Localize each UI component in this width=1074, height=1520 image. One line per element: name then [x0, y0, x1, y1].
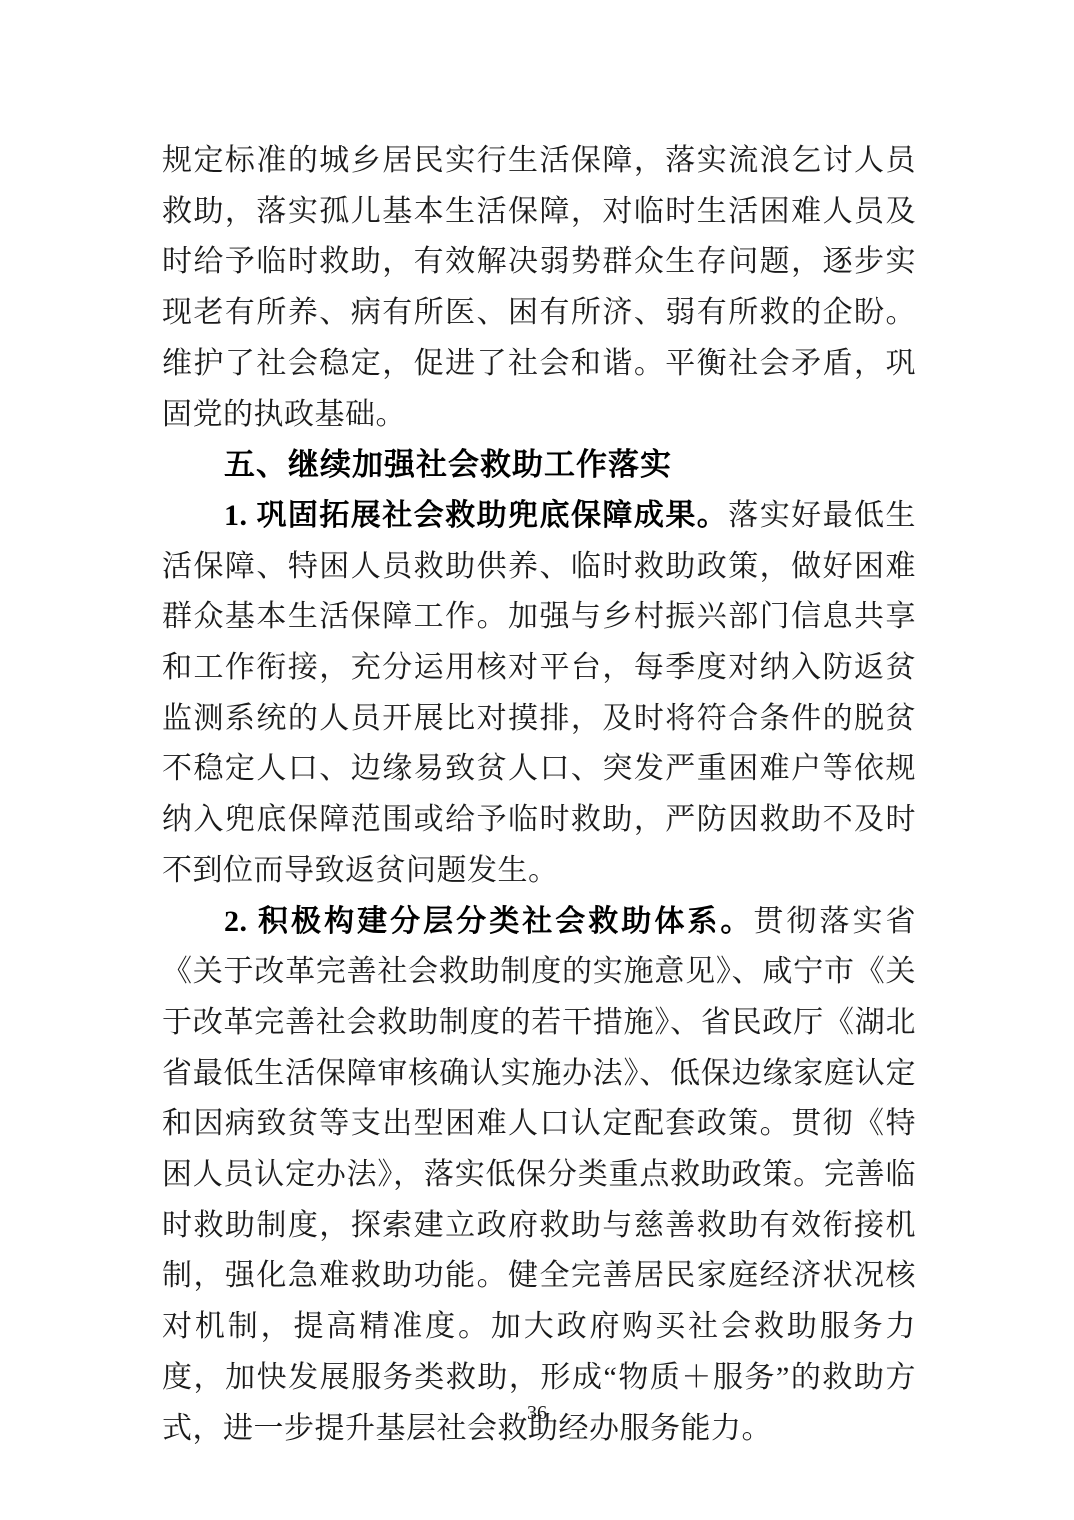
- numbered-item-2-body: 贯彻落实省《关于改革完善社会救助制度的实施意见》、咸宁市《关于改革完善社会救助制…: [162, 905, 916, 1445]
- numbered-item-1-body: 落实好最低生活保障、特困人员救助供养、临时救助政策，做好困难群众基本生活保障工作…: [162, 499, 916, 887]
- page-content: 规定标准的城乡居民实行生活保障，落实流浪乞讨人员救助，落实孤儿基本生活保障，对临…: [162, 136, 916, 1454]
- numbered-item-2: 2. 积极构建分层分类社会救助体系。贯彻落实省《关于改革完善社会救助制度的实施意…: [162, 897, 916, 1455]
- section-heading: 五、继续加强社会救助工作落实: [162, 440, 916, 491]
- numbered-item-1: 1. 巩固拓展社会救助兜底保障成果。落实好最低生活保障、特困人员救助供养、临时救…: [162, 491, 916, 897]
- numbered-item-2-lead: 2. 积极构建分层分类社会救助体系。: [224, 905, 753, 938]
- page-footer: 36: [0, 1402, 1074, 1425]
- document-page: 规定标准的城乡居民实行生活保障，落实流浪乞讨人员救助，落实孤儿基本生活保障，对临…: [0, 0, 1074, 1520]
- intro-paragraph: 规定标准的城乡居民实行生活保障，落实流浪乞讨人员救助，落实孤儿基本生活保障，对临…: [162, 136, 916, 440]
- numbered-item-1-lead: 1. 巩固拓展社会救助兜底保障成果。: [224, 499, 728, 532]
- page-number: 36: [527, 1402, 547, 1424]
